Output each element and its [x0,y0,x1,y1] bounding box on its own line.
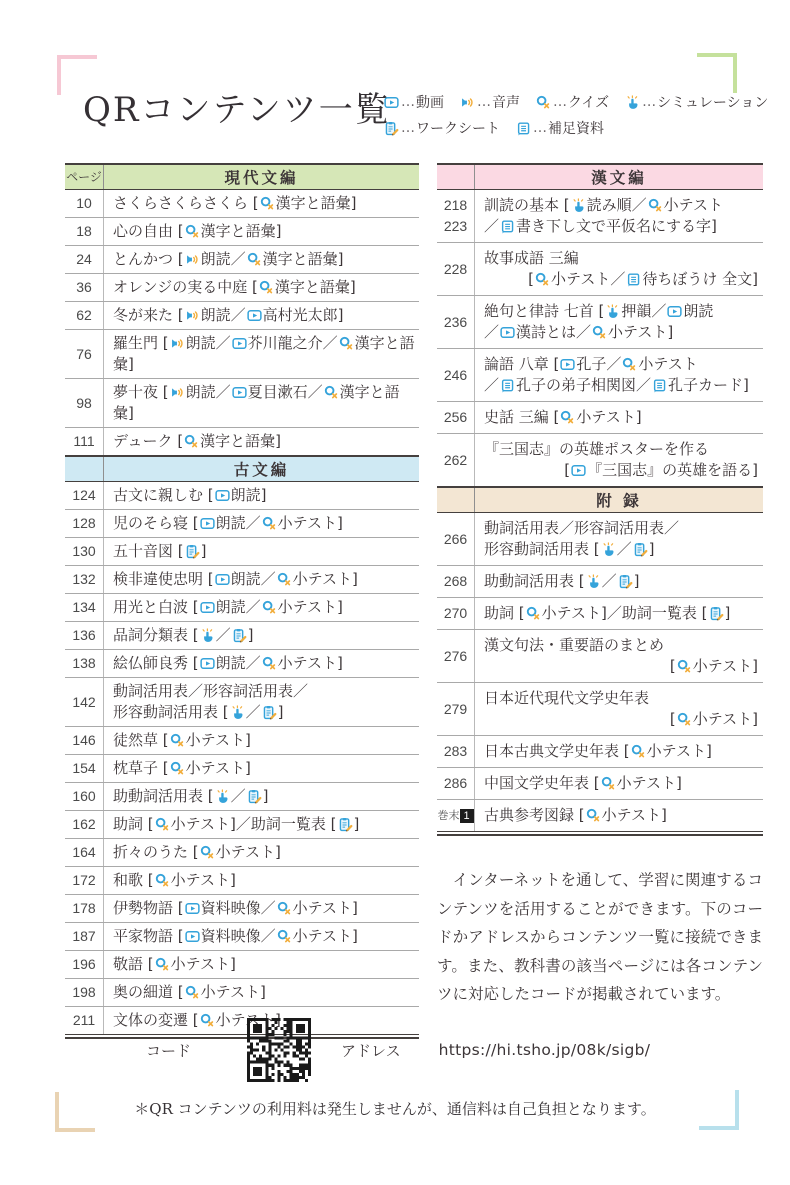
row-content: 夢十夜 [朗読／夏目漱石／漢字と語彙] [104,379,419,427]
page-number: 228 [437,243,475,295]
work-icon [384,121,399,136]
video-icon [247,308,262,323]
page-number: 136 [65,622,104,649]
page-title: QRコンテンツ一覧 [83,82,391,131]
work-icon [262,705,277,720]
address-url: https://hi.tsho.jp/08k/sigb/ [439,1041,651,1059]
row-content: 伊勢物語 [資料映像／小テスト] [104,895,419,922]
sim-icon [571,198,586,213]
page-number: 巻末1 [437,800,475,831]
supp-icon [500,378,515,393]
page-number: 172 [65,867,104,894]
table-row: 279日本近代現代文学史年表[小テスト] [437,683,763,736]
page-number: 196 [65,951,104,978]
table-row: 巻末1古典参考図録 [小テスト] [437,800,763,831]
page-number: 18 [65,218,104,245]
video-icon [571,463,586,478]
sim-icon [215,789,230,804]
row-content: オレンジの実る中庭 [漢字と語彙] [104,274,419,301]
work-icon [232,628,247,643]
table-row: 124古文に親しむ [朗読] [65,482,419,510]
page-number: 218223 [437,190,475,242]
audio-icon [460,95,475,110]
corner-decoration-top-right [697,53,737,93]
video-icon [215,488,230,503]
row-content: とんかつ [朗読／漢字と語彙] [104,246,419,273]
video-icon [384,95,399,110]
table-row: 36オレンジの実る中庭 [漢字と語彙] [65,274,419,302]
code-label: コード [146,1040,191,1061]
work-icon [185,544,200,559]
table-row: 162助詞 [小テスト]／助詞一覧表 [] [65,811,419,839]
table-row: 266動詞活用表／形容詞活用表／形容動詞活用表 [／] [437,513,763,566]
quiz-icon [277,572,292,587]
qr-block: コード アドレス https://hi.tsho.jp/08k/sigb/ [146,1016,650,1084]
page-number: 132 [65,566,104,593]
row-content: 助動詞活用表 [／] [104,783,419,810]
video-icon [232,385,247,400]
legend-label: 補足資料 [548,118,604,138]
legend-separator: … [642,94,656,110]
row-content: 助詞 [小テスト]／助詞一覧表 [] [104,811,419,838]
video-icon [200,600,215,615]
table-row: 160助動詞活用表 [／] [65,783,419,811]
row-content: さくらさくらさくら [漢字と語彙] [104,190,419,217]
quiz-icon [592,325,607,340]
table-row: 138絵仏師良秀 [朗読／小テスト] [65,650,419,678]
page-number: 162 [65,811,104,838]
page-column-header: ページ [65,165,104,189]
quiz-icon [277,929,292,944]
page-number: 142 [65,678,104,726]
video-icon [215,572,230,587]
row-content: デューク [漢字と語彙] [104,428,419,455]
quiz-icon [185,224,200,239]
table-row: 218223訓読の基本 [読み順／小テスト／書き下し文で平仮名にする字] [437,190,763,243]
quiz-icon [259,280,274,295]
content-table-right: 漢文編218223訓読の基本 [読み順／小テスト／書き下し文で平仮名にする字]2… [437,163,763,836]
legend-separator: … [401,120,415,136]
table-row: 286中国文学史年表 [小テスト] [437,768,763,800]
legend-item-work: …ワークシート [383,118,500,138]
row-content: 和歌 [小テスト] [104,867,419,894]
page-number: 268 [437,566,475,597]
page-column-header [437,165,475,189]
quiz-icon [262,600,277,615]
page-number: 98 [65,379,104,427]
row-content: 品詞分類表 [／] [104,622,419,649]
table-row: 98夢十夜 [朗読／夏目漱石／漢字と語彙] [65,379,419,428]
table-row: 196敬語 [小テスト] [65,951,419,979]
work-icon [709,606,724,621]
page-number: 270 [437,598,475,629]
supp-icon [652,378,667,393]
qr-code [247,1018,311,1082]
section-header: ページ現代文編 [65,163,419,190]
legend-separator: … [401,94,415,110]
row-content: 古文に親しむ [朗読] [104,482,419,509]
video-icon [232,336,247,351]
row-content: 絶句と律詩 七首 [押韻／朗読／漢詩とは／小テスト] [475,296,763,348]
quiz-icon [262,516,277,531]
page: QRコンテンツ一覧 …動画…音声…クイズ…シミュレーション…ワークシート…補足資… [0,0,790,1185]
table-row: 276漢文句法・重要語のまとめ[小テスト] [437,630,763,683]
table-row: 76羅生門 [朗読／芥川龍之介／漢字と語彙] [65,330,419,379]
page-number: 134 [65,594,104,621]
page-number: 128 [65,510,104,537]
page-number: 178 [65,895,104,922]
table-row: 62冬が来た [朗読／高村光太郎] [65,302,419,330]
row-content: 助詞 [小テスト]／助詞一覧表 [] [475,598,763,629]
sim-icon [230,705,245,720]
row-content: 用光と白波 [朗読／小テスト] [104,594,419,621]
quiz-icon [648,198,663,213]
quiz-icon [185,985,200,1000]
page-number: 286 [437,768,475,799]
section-title: 漢文編 [475,165,763,189]
row-content: 児のそら寝 [朗読／小テスト] [104,510,419,537]
sim-icon [200,628,215,643]
legend-row: …ワークシート…補足資料 [383,118,733,138]
page-number: 164 [65,839,104,866]
table-row: 172和歌 [小テスト] [65,867,419,895]
page-number: 24 [65,246,104,273]
row-content: 羅生門 [朗読／芥川龍之介／漢字と語彙] [104,330,419,378]
icon-legend: …動画…音声…クイズ…シミュレーション…ワークシート…補足資料 [383,92,733,144]
quiz-icon [536,95,551,110]
work-icon [338,817,353,832]
legend-label: シミュレーション [657,92,768,112]
quiz-icon [170,733,185,748]
sim-icon [605,304,620,319]
page-number: 160 [65,783,104,810]
table-row: 128児のそら寝 [朗読／小テスト] [65,510,419,538]
table-row: 10さくらさくらさくら [漢字と語彙] [65,190,419,218]
page-number: 187 [65,923,104,950]
table-section: ページ現代文編10さくらさくらさくら [漢字と語彙]18心の自由 [漢字と語彙]… [65,163,419,455]
table-row: 18心の自由 [漢字と語彙] [65,218,419,246]
work-icon [618,574,633,589]
table-row: 154枕草子 [小テスト] [65,755,419,783]
row-content: 敬語 [小テスト] [104,951,419,978]
page-number: 146 [65,727,104,754]
quiz-icon [631,744,646,759]
row-content: 冬が来た [朗読／高村光太郎] [104,302,419,329]
audio-icon [185,252,200,267]
row-content: 論語 八章 [孔子／小テスト／孔子の弟子相関図／孔子カード] [475,349,763,401]
row-content: 日本近代現代文学史年表[小テスト] [475,683,763,735]
page-number: 198 [65,979,104,1006]
row-content: 史話 三編 [小テスト] [475,402,763,433]
legend-separator: … [477,94,491,110]
table-row: 136品詞分類表 [／] [65,622,419,650]
table-row: 24とんかつ [朗読／漢字と語彙] [65,246,419,274]
legend-item-audio: …音声 [459,92,520,112]
quiz-icon [260,196,275,211]
quiz-icon [677,659,692,674]
quiz-icon [262,656,277,671]
row-content: 徒然草 [小テスト] [104,727,419,754]
table-row: 187平家物語 [資料映像／小テスト] [65,923,419,951]
table-row: 134用光と白波 [朗読／小テスト] [65,594,419,622]
legend-item-sim: …シミュレーション [624,92,768,112]
video-icon [185,901,200,916]
video-icon [500,325,515,340]
page-number: 256 [437,402,475,433]
row-content: 検非違使忠明 [朗読／小テスト] [104,566,419,593]
section-header: 附 録 [437,486,763,513]
page-number: 246 [437,349,475,401]
sim-icon [586,574,601,589]
row-content: 動詞活用表／形容詞活用表／形容動詞活用表 [／] [104,678,419,726]
supp-icon [626,272,641,287]
row-content: 古典参考図録 [小テスト] [475,800,763,831]
intro-paragraph: インターネットを通して、学習に関連するコンテンツを活用することができます。下のコ… [437,866,763,1009]
video-icon [200,516,215,531]
table-row: 111デューク [漢字と語彙] [65,428,419,455]
sim-icon [625,95,640,110]
table-row: 130五十音図 [] [65,538,419,566]
table-row: 268助動詞活用表 [／] [437,566,763,598]
quiz-icon [155,957,170,972]
row-content: 中国文学史年表 [小テスト] [475,768,763,799]
legend-label: クイズ [568,92,609,112]
quiz-icon [277,901,292,916]
table-row: 236絶句と律詩 七首 [押韻／朗読／漢詩とは／小テスト] [437,296,763,349]
right-column: 漢文編218223訓読の基本 [読み順／小テスト／書き下し文で平仮名にする字]2… [437,163,763,1009]
table-row: 262『三国志』の英雄ポスターを作る[『三国志』の英雄を語る] [437,434,763,486]
quiz-icon [535,272,550,287]
content-table-left: ページ現代文編10さくらさくらさくら [漢字と語彙]18心の自由 [漢字と語彙]… [65,163,419,1039]
left-column: ページ現代文編10さくらさくらさくら [漢字と語彙]18心の自由 [漢字と語彙]… [65,163,419,1039]
page-number: 279 [437,683,475,735]
page-number: 36 [65,274,104,301]
legend-label: 動画 [416,92,444,112]
quiz-icon [155,817,170,832]
quiz-icon [560,410,575,425]
legend-item-video: …動画 [383,92,444,112]
legend-separator: … [553,94,567,110]
table-row: 198奥の細道 [小テスト] [65,979,419,1007]
audio-icon [170,385,185,400]
legend-label: ワークシート [416,118,500,138]
video-icon [200,656,215,671]
quiz-icon [247,252,262,267]
page-number: 266 [437,513,475,565]
legend-row: …動画…音声…クイズ…シミュレーション [383,92,733,112]
table-row: 256史話 三編 [小テスト] [437,402,763,434]
row-content: 『三国志』の英雄ポスターを作る[『三国志』の英雄を語る] [475,434,763,486]
page-number: 211 [65,1007,104,1034]
quiz-icon [184,434,199,449]
quiz-icon [200,845,215,860]
sim-icon [601,542,616,557]
row-content: 絵仏師良秀 [朗読／小テスト] [104,650,419,677]
legend-item-supp: …補足資料 [515,118,604,138]
quiz-icon [622,357,637,372]
table-row: 142動詞活用表／形容詞活用表／形容動詞活用表 [／] [65,678,419,727]
quiz-icon [339,336,354,351]
audio-icon [185,308,200,323]
work-icon [247,789,262,804]
video-icon [560,357,575,372]
table-section: 古文編124古文に親しむ [朗読]128児のそら寝 [朗読／小テスト]130五十… [65,455,419,1034]
page-number: 154 [65,755,104,782]
row-content: 心の自由 [漢字と語彙] [104,218,419,245]
page-number: 130 [65,538,104,565]
row-content: 日本古典文学史年表 [小テスト] [475,736,763,767]
legend-label: 音声 [492,92,520,112]
table-row: 270助詞 [小テスト]／助詞一覧表 [] [437,598,763,630]
video-icon [185,929,200,944]
work-icon [633,542,648,557]
table-row: 178伊勢物語 [資料映像／小テスト] [65,895,419,923]
table-row: 228故事成語 三編[小テスト／待ちぼうけ 全文] [437,243,763,296]
page-number: 76 [65,330,104,378]
row-content: 奥の細道 [小テスト] [104,979,419,1006]
audio-icon [170,336,185,351]
page-number: 124 [65,482,104,509]
table-row: 164折々のうた [小テスト] [65,839,419,867]
section-title: 現代文編 [104,165,419,189]
page-number: 111 [65,428,104,455]
row-content: 折々のうた [小テスト] [104,839,419,866]
page-number: 10 [65,190,104,217]
legend-item-quiz: …クイズ [535,92,609,112]
video-icon [667,304,682,319]
page-number: 138 [65,650,104,677]
row-content: 枕草子 [小テスト] [104,755,419,782]
table-section: 漢文編218223訓読の基本 [読み順／小テスト／書き下し文で平仮名にする字]2… [437,163,763,486]
section-title: 附 録 [475,488,763,512]
page-column-header [437,488,475,512]
quiz-icon [677,712,692,727]
quiz-icon [601,776,616,791]
quiz-icon [324,385,339,400]
row-content: 故事成語 三編[小テスト／待ちぼうけ 全文] [475,243,763,295]
quiz-icon [155,873,170,888]
quiz-icon [170,761,185,776]
page-number: 262 [437,434,475,486]
table-row: 146徒然草 [小テスト] [65,727,419,755]
section-title: 古文編 [104,457,419,481]
supp-icon [500,219,515,234]
row-content: 動詞活用表／形容詞活用表／形容動詞活用表 [／] [475,513,763,565]
table-row: 283日本古典文学史年表 [小テスト] [437,736,763,768]
section-header: 古文編 [65,455,419,482]
row-content: 助動詞活用表 [／] [475,566,763,597]
row-content: 訓読の基本 [読み順／小テスト／書き下し文で平仮名にする字] [475,190,763,242]
table-row: 246論語 八章 [孔子／小テスト／孔子の弟子相関図／孔子カード] [437,349,763,402]
row-content: 五十音図 [] [104,538,419,565]
address-label: アドレス [341,1040,401,1061]
volume-end-badge: 1 [460,809,474,823]
supp-icon [516,121,531,136]
page-number: 62 [65,302,104,329]
row-content: 漢文句法・重要語のまとめ[小テスト] [475,630,763,682]
page-column-header [65,457,104,481]
quiz-icon [526,606,541,621]
row-content: 平家物語 [資料映像／小テスト] [104,923,419,950]
section-header: 漢文編 [437,163,763,190]
page-number: 276 [437,630,475,682]
footnote: ＊QR コンテンツの利用料は発生しませんが、通信料は自己負担となります。 [0,1098,790,1119]
table-row: 132検非違使忠明 [朗読／小テスト] [65,566,419,594]
page-number: 283 [437,736,475,767]
page-number: 236 [437,296,475,348]
legend-separator: … [533,120,547,136]
table-section: 附 録266動詞活用表／形容詞活用表／形容動詞活用表 [／]268助動詞活用表 … [437,486,763,831]
quiz-icon [586,808,601,823]
